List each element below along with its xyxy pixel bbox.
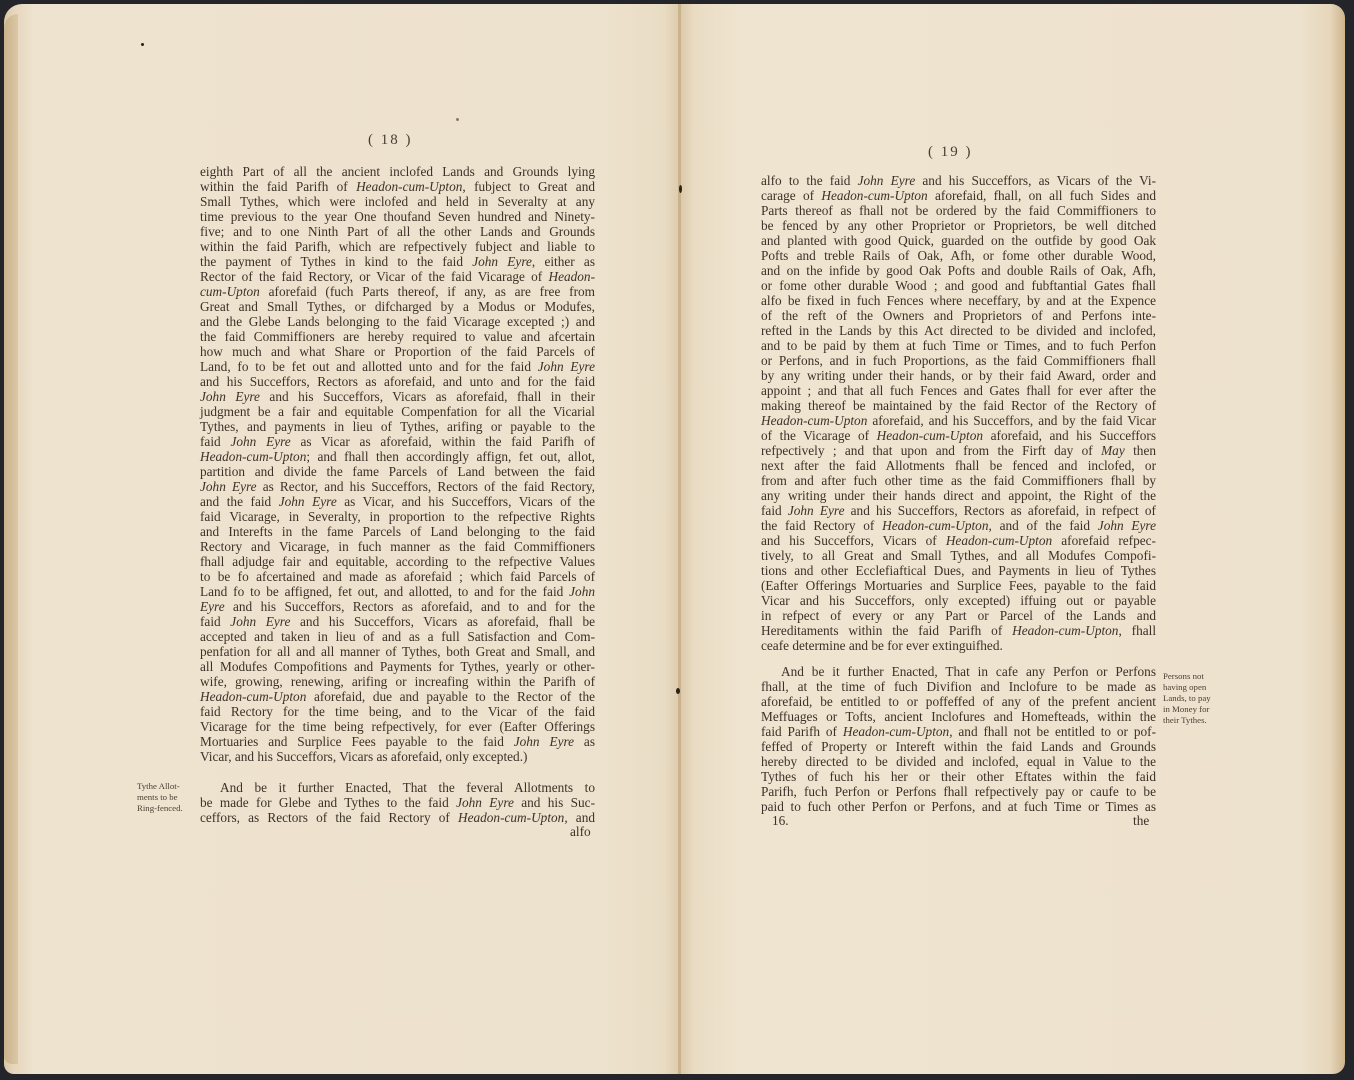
signature-mark: 16. bbox=[772, 813, 789, 829]
text-line: be fenced by any other Proprietor or Pro… bbox=[761, 218, 1156, 233]
text-line: eighth Part of all the ancient inclofed … bbox=[200, 164, 595, 179]
right-main-text: alfo to the faid John Eyre and his Succe… bbox=[761, 173, 1156, 653]
text-line: carage of Headon-cum-Upton aforefaid, fh… bbox=[761, 188, 1156, 203]
right-catchword: the bbox=[1133, 813, 1149, 829]
text-line: faid Vicarage, in Severalty, in proporti… bbox=[200, 509, 595, 524]
text-line: all Modufes Compofitions and Payments fo… bbox=[200, 659, 595, 674]
text-line: (Eafter Offerings Mortuaries and Surplic… bbox=[761, 578, 1156, 593]
sidenote-line: Lands, to pay bbox=[1163, 693, 1211, 704]
text-line: Headon-cum-Upton aforefaid, and his Succ… bbox=[761, 413, 1156, 428]
text-line: the faid Rectory of Headon-cum-Upton, an… bbox=[761, 518, 1156, 533]
text-line: Land, fo to be fet out and allotted unto… bbox=[200, 359, 595, 374]
text-line: or Perfons, and in fuch Proportions, as … bbox=[761, 353, 1156, 368]
text-line: time previous to the year One thoufand S… bbox=[200, 209, 595, 224]
text-line: and on the infide by good Oak Pofts and … bbox=[761, 263, 1156, 278]
text-line: the payment of Tythes in kind to the fai… bbox=[200, 254, 595, 269]
text-line: paid to fuch other Perfon or Perfons, an… bbox=[761, 799, 1156, 814]
text-line: how much and what Share or Proportion of… bbox=[200, 344, 595, 359]
text-line: by any writing under their hands, or by … bbox=[761, 368, 1156, 383]
text-line: in refpect of every or any Part or Parce… bbox=[761, 608, 1156, 623]
text-line: Land fo to be affigned, fet out, and all… bbox=[200, 584, 595, 599]
text-line: any writing under their hands direct and… bbox=[761, 488, 1156, 503]
text-line: John Eyre and his Succeffors, Vicars as … bbox=[200, 389, 595, 404]
text-line: appoint ; and that all fuch Fences and G… bbox=[761, 383, 1156, 398]
sidenote-line: in Money for bbox=[1163, 704, 1211, 715]
text-line: Parifh, fuch Perfon or Perfons fhall ref… bbox=[761, 784, 1156, 799]
text-line: within the faid Parifh of Headon-cum-Upt… bbox=[200, 179, 595, 194]
text-line: Mortuaries and Surplice Fees payable to … bbox=[200, 734, 595, 749]
text-line: to be fo afcertained and made as aforefa… bbox=[200, 569, 595, 584]
text-line: Meffuages or Tofts, ancient Inclofures a… bbox=[761, 709, 1156, 724]
ink-speck bbox=[676, 688, 680, 694]
text-line: refpectively ; and that upon and from th… bbox=[761, 443, 1156, 458]
text-line: faid Parifh of Headon-cum-Upton, and fha… bbox=[761, 724, 1156, 739]
text-line: John Eyre as Rector, and his Succeffors,… bbox=[200, 479, 595, 494]
ink-speck bbox=[679, 185, 682, 193]
page-number-left: ( 18 ) bbox=[368, 132, 413, 149]
text-line: hereby directed to be divided and inclof… bbox=[761, 754, 1156, 769]
text-line: Tythes, and payments in lieu of Tythes, … bbox=[200, 419, 595, 434]
sidenote-line: Tythe Allot- bbox=[137, 781, 183, 792]
text-line: alfo to the faid John Eyre and his Succe… bbox=[761, 173, 1156, 188]
text-line: Pofts and treble Rails of Oak, Afh, or f… bbox=[761, 248, 1156, 263]
text-line: and his Succeffors, Vicars of Headon-cum… bbox=[761, 533, 1156, 548]
left-main-text: eighth Part of all the ancient inclofed … bbox=[200, 164, 595, 764]
sidenote-line: Ring-fenced. bbox=[137, 803, 183, 814]
text-line: and to be paid by them at fuch Time or T… bbox=[761, 338, 1156, 353]
page-number-right: ( 19 ) bbox=[928, 144, 973, 161]
text-line: ceffors, as Rectors of the faid Rectory … bbox=[200, 810, 595, 825]
text-line: Tythes of fuch his her or their other Ef… bbox=[761, 769, 1156, 784]
text-line: Parts thereof as fhall not be ordered by… bbox=[761, 203, 1156, 218]
text-line: Rectory and Vicarage, in fuch manner as … bbox=[200, 539, 595, 554]
text-line: or fome other durable Wood ; and good an… bbox=[761, 278, 1156, 293]
text-line: And be it further Enacted, That the feve… bbox=[200, 780, 595, 795]
sidenote-line: their Tythes. bbox=[1163, 715, 1211, 726]
page-edge bbox=[4, 14, 18, 1064]
right-second-paragraph: And be it further Enacted, That in cafe … bbox=[761, 664, 1156, 814]
text-line: refted in the Lands by this Act directed… bbox=[761, 323, 1156, 338]
text-line: Eyre and his Succeffors, Rectors as afor… bbox=[200, 599, 595, 614]
text-line: of the reft of the Owners and Proprietor… bbox=[761, 308, 1156, 323]
text-line: next after the faid Allotments fhall be … bbox=[761, 458, 1156, 473]
sidenote-line: having open bbox=[1163, 682, 1211, 693]
text-line: aforefaid, be entitled to or poffeffed o… bbox=[761, 694, 1156, 709]
text-line: be made for Glebe and Tythes to the faid… bbox=[200, 795, 595, 810]
text-line: Vicarage for the time being refpectively… bbox=[200, 719, 595, 734]
text-line: making thereof be maintained by the faid… bbox=[761, 398, 1156, 413]
ink-speck bbox=[456, 118, 459, 121]
text-line: and Interefts in the fame Parcels of Lan… bbox=[200, 524, 595, 539]
text-line: and planted with good Quick, guarded on … bbox=[761, 233, 1156, 248]
text-line: accepted and taken in lieu of and as a f… bbox=[200, 629, 595, 644]
left-second-paragraph: And be it further Enacted, That the feve… bbox=[200, 780, 595, 825]
text-line: Vicar and his Succeffors, only excepted)… bbox=[761, 593, 1156, 608]
text-line: Great and Small Tythes, or difcharged by… bbox=[200, 299, 595, 314]
text-line: of the Vicarage of Headon-cum-Upton afor… bbox=[761, 428, 1156, 443]
text-line: partition and divide the fame Parcels of… bbox=[200, 464, 595, 479]
text-line: Vicar, and his Succeffors, Vicars as afo… bbox=[200, 749, 595, 764]
text-line: faid John Eyre as Vicar as aforefaid, wi… bbox=[200, 434, 595, 449]
sidenote-line: Persons not bbox=[1163, 671, 1211, 682]
text-line: alfo be fixed in fuch Fences where necef… bbox=[761, 293, 1156, 308]
text-line: Hereditaments within the faid Parifh of … bbox=[761, 623, 1156, 638]
text-line: Rector of the faid Rectory, or Vicar of … bbox=[200, 269, 595, 284]
text-line: ceafe determine and be for ever extingui… bbox=[761, 638, 1156, 653]
text-line: within the faid Parifh, which are refpec… bbox=[200, 239, 595, 254]
text-line: and the Glebe Lands belonging to the fai… bbox=[200, 314, 595, 329]
sidenote-line: ments to be bbox=[137, 792, 183, 803]
text-line: faid John Eyre and his Succeffors, Vicar… bbox=[200, 614, 595, 629]
text-line: the faid Commiffioners are hereby requir… bbox=[200, 329, 595, 344]
text-line: judgment be a fair and equitable Compenf… bbox=[200, 404, 595, 419]
ink-speck bbox=[141, 43, 144, 46]
text-line: Headon-cum-Upton; and fhall then accordi… bbox=[200, 449, 595, 464]
text-line: wife, growing, renewing, arifing or incr… bbox=[200, 674, 595, 689]
text-line: and the faid John Eyre as Vicar, and his… bbox=[200, 494, 595, 509]
text-line: faid John Eyre and his Succeffors, Recto… bbox=[761, 503, 1156, 518]
text-line: from and after fuch other time as the fa… bbox=[761, 473, 1156, 488]
text-line: And be it further Enacted, That in cafe … bbox=[761, 664, 1156, 679]
book-spread: ( 18 ) eighth Part of all the ancient in… bbox=[0, 0, 1354, 1080]
text-line: and his Succeffors, Rectors as aforefaid… bbox=[200, 374, 595, 389]
text-line: feffed of Property or Intereft within th… bbox=[761, 739, 1156, 754]
text-line: Headon-cum-Upton aforefaid, due and paya… bbox=[200, 689, 595, 704]
text-line: five; and to one Ninth Part of all the o… bbox=[200, 224, 595, 239]
gutter bbox=[678, 4, 681, 1074]
text-line: penfation for all and all manner of Tyth… bbox=[200, 644, 595, 659]
left-sidenote: Tythe Allot-ments to beRing-fenced. bbox=[137, 781, 183, 814]
text-line: fhall, at the time of fuch Divifion and … bbox=[761, 679, 1156, 694]
right-sidenote: Persons nothaving openLands, to payin Mo… bbox=[1163, 671, 1211, 726]
text-line: cum-Upton aforefaid (fuch Parts thereof,… bbox=[200, 284, 595, 299]
left-catchword: alfo bbox=[570, 824, 591, 840]
text-line: faid Rectory for the time being, and to … bbox=[200, 704, 595, 719]
text-line: Small Tythes, which were inclofed and he… bbox=[200, 194, 595, 209]
text-line: tions and other Ecclefiaftical Dues, and… bbox=[761, 563, 1156, 578]
text-line: fhall adjudge fair and equitable, accord… bbox=[200, 554, 595, 569]
text-line: tively, to all Great and Small Tythes, a… bbox=[761, 548, 1156, 563]
